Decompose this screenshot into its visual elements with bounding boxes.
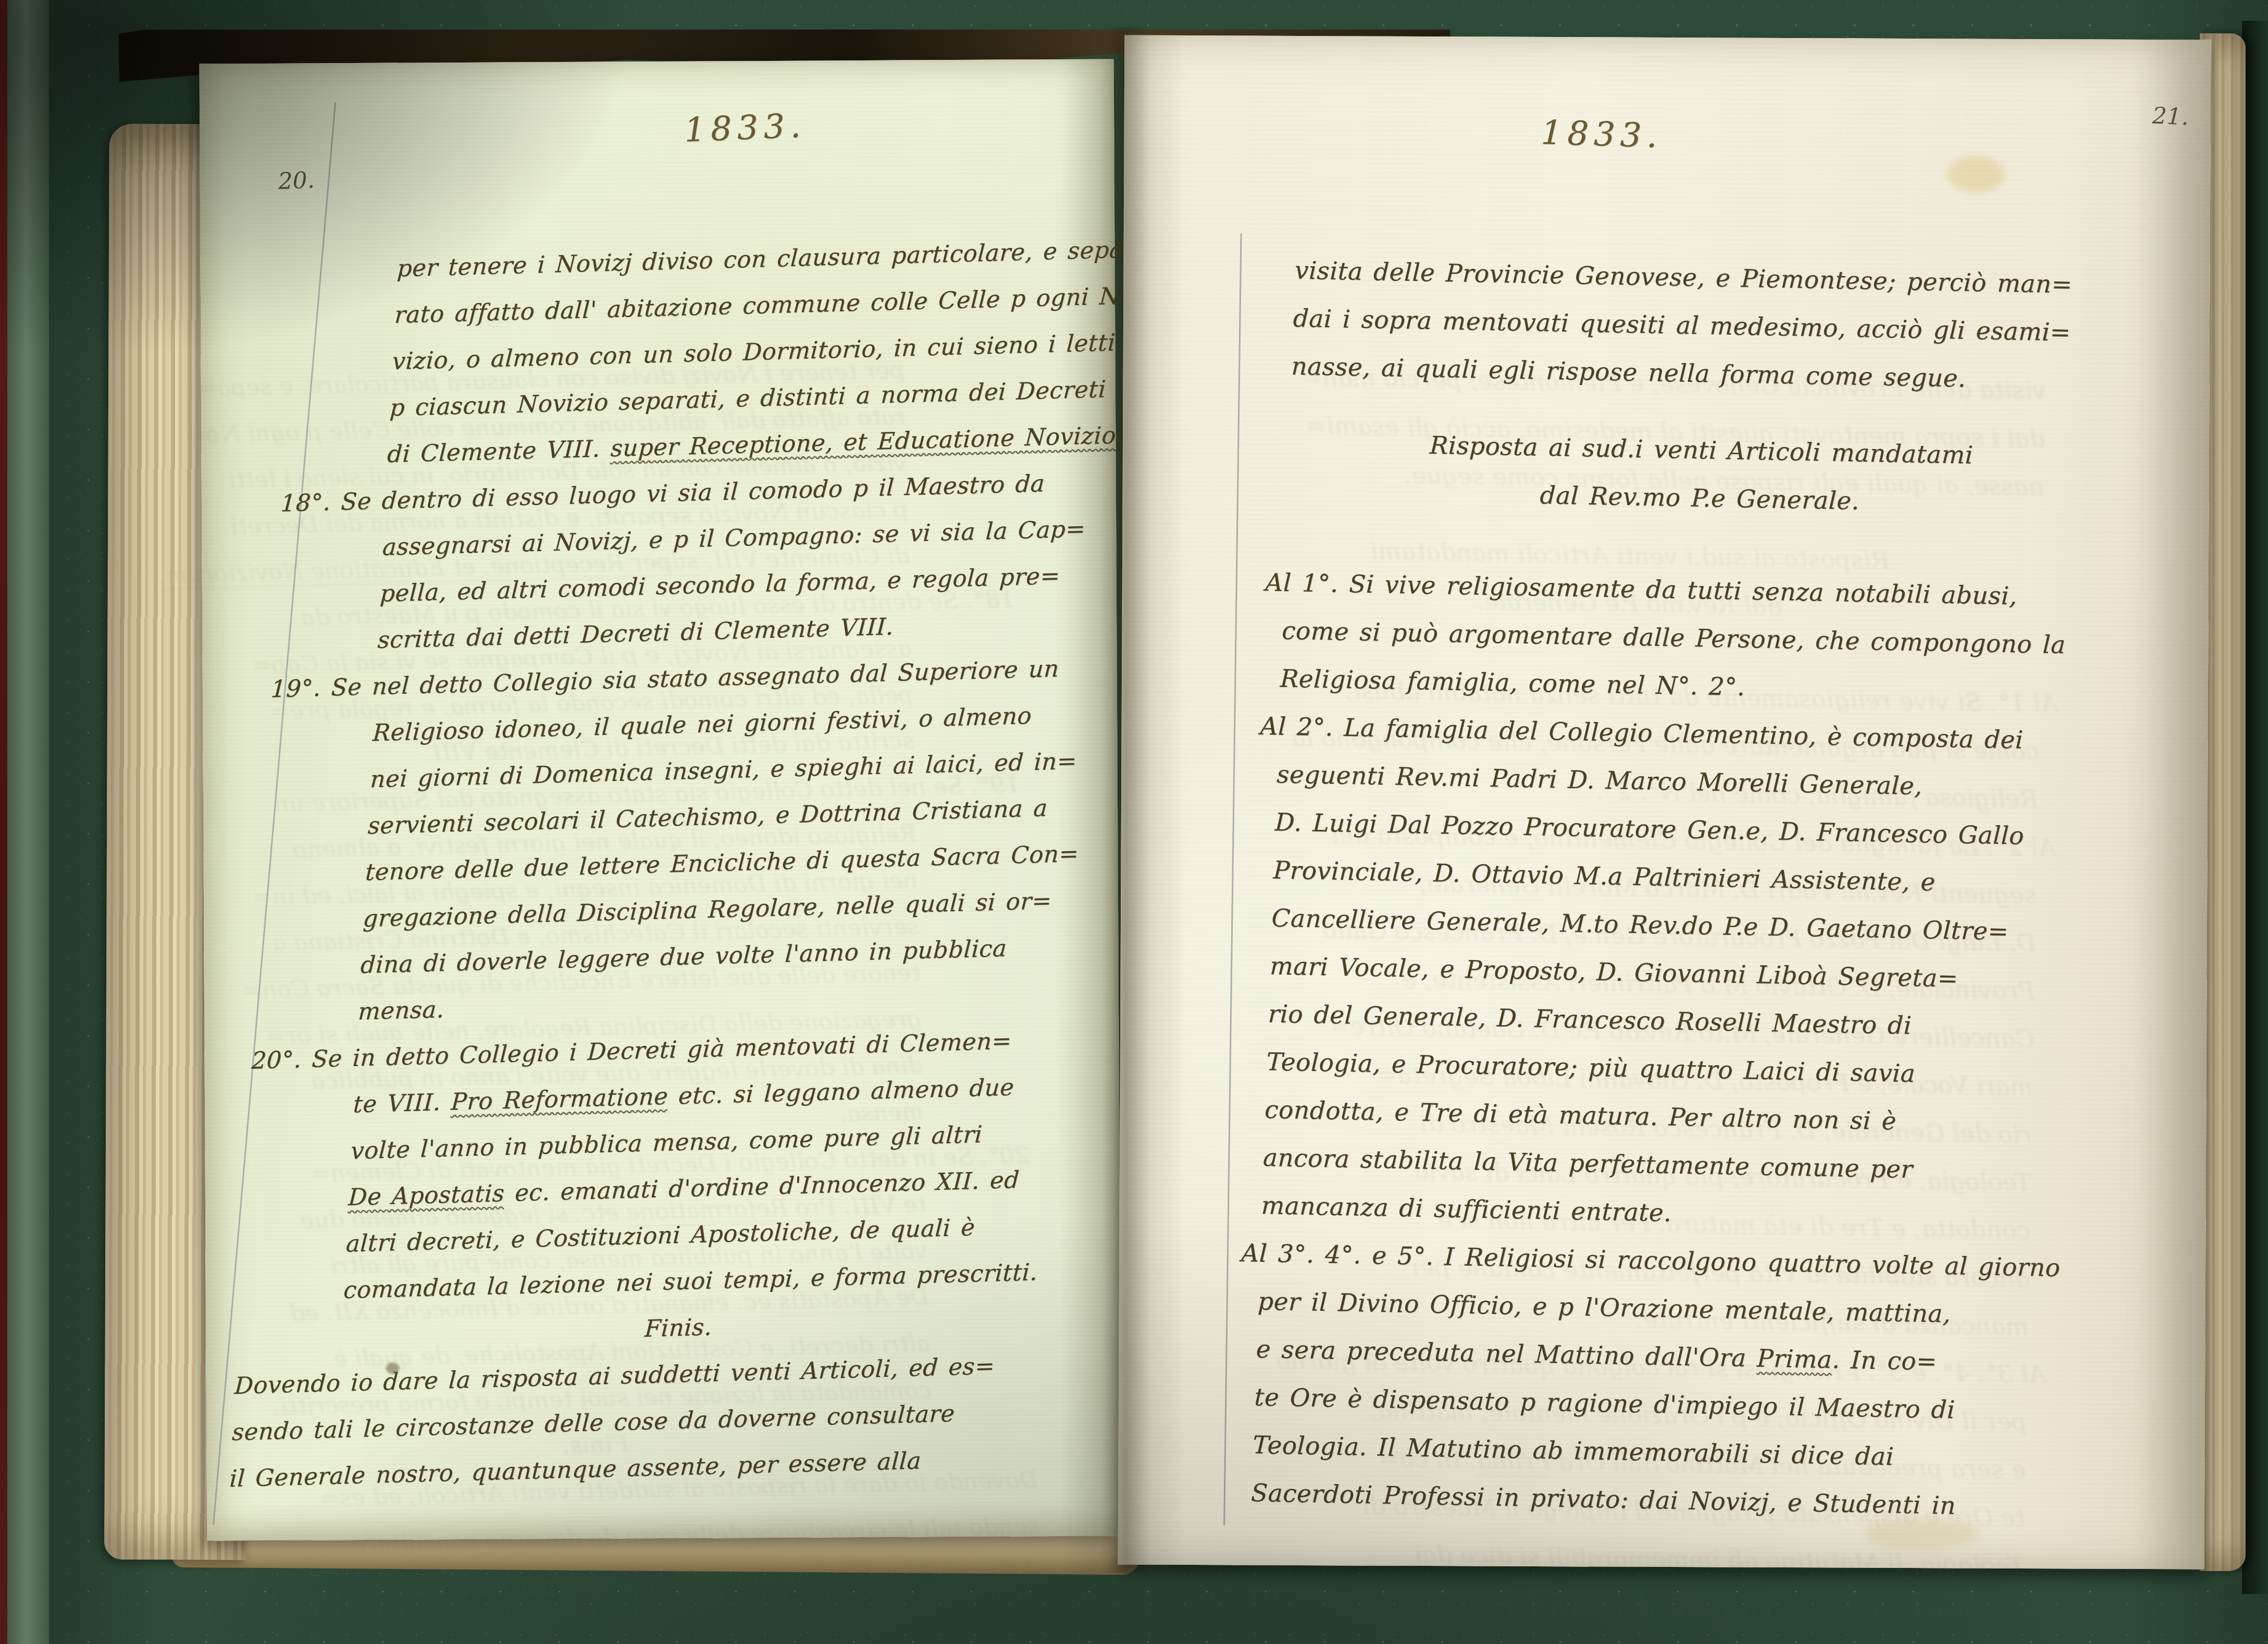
text-segment: ec. emanati d'ordine d'Innocenzo XII. ed bbox=[504, 1166, 1020, 1207]
text-segment: assegnarsi ai Novizj, e p il Compagno: s… bbox=[382, 515, 1086, 561]
underlined-text: Prima bbox=[1756, 1344, 1832, 1374]
text-segment: dina di doverle leggere due volte l'anno… bbox=[360, 934, 1008, 979]
text-segment: nei giorni di Domenica insegni, e spiegh… bbox=[369, 747, 1077, 793]
text-segment: Teologia. Il Matutino ab immemorabili si… bbox=[1414, 1540, 2025, 1580]
year-heading-left: 1833. bbox=[684, 106, 807, 150]
text-segment: gregazione della Disciplina Regolare, ne… bbox=[362, 887, 1052, 932]
text-segment: Teologia. Il Matutino ab immemorabili si… bbox=[1252, 1431, 1894, 1472]
paper-stain bbox=[1947, 156, 2004, 192]
text-segment: te VIII. bbox=[353, 1088, 452, 1118]
manuscript-line: Sacerdoti Professi in privato: dai Noviz… bbox=[1109, 1574, 2024, 1638]
text-segment: te Ore è dispensato p ragione d'impiego … bbox=[1254, 1383, 1956, 1425]
page-number-left: 20. bbox=[278, 167, 315, 195]
text-segment: pella, ed altri comodi secondo la forma,… bbox=[379, 562, 1061, 607]
text-segment: dal Rev.mo P.e Generale. bbox=[1540, 481, 1860, 516]
text-segment: Finis. bbox=[644, 1313, 713, 1342]
text-segment: Al 2°. La famiglia del Collegio Clementi… bbox=[1260, 712, 2024, 755]
text-segment: . In co= bbox=[1831, 1346, 1938, 1376]
text-segment: comandata la lezione nei suoi tempi, e f… bbox=[343, 1258, 1038, 1304]
underlined-text: De Apostatis bbox=[348, 1179, 505, 1211]
text-segment: Teologia, e Procuratore; più quattro Lai… bbox=[1266, 1048, 1916, 1088]
text-segment: Al 3°. 4°. e 5°. I Religiosi si raccolgo… bbox=[1241, 1239, 2061, 1282]
text-segment: per il Divino Officio, e p l'Orazione me… bbox=[1257, 1287, 1951, 1328]
text-segment: etc. si leggano almeno due bbox=[667, 1073, 1015, 1110]
text-segment: servienti secolari il Catechismo, e Dott… bbox=[367, 794, 1048, 839]
right-page: visita delle Provincie Genovese, e Piemo… bbox=[1118, 35, 2211, 1569]
archive-photo-backdrop: { "colors": { "backdrop_green": "#2e4a38… bbox=[0, 0, 2268, 1644]
text-segment: Sacerdoti Professi in privato: dai Noviz… bbox=[1354, 1587, 2024, 1628]
manuscript-text-right: visita delle Provincie Genovese, e Piemo… bbox=[1078, 244, 2210, 1534]
text-segment: nasse, ai quali egli rispose nella forma… bbox=[1291, 352, 1966, 393]
text-segment: Religiosa famiglia, come nel N°. 2°. bbox=[1280, 665, 1745, 702]
photo-left-green-strip bbox=[7, 0, 49, 1644]
text-segment: e sera preceduta nel Mattino dall'Ora bbox=[1256, 1335, 1757, 1373]
text-segment: D. Luigi Dal Pozzo Procuratore Gen.e, D.… bbox=[1274, 808, 2025, 850]
text-segment: volte l'anno in pubblica mensa, come pur… bbox=[350, 1120, 983, 1165]
manuscript-line: Teologia. Il Matutino ab immemorabili si… bbox=[1110, 1526, 2025, 1590]
text-segment: dai i sopra mentovati quesiti al medesim… bbox=[1293, 304, 2072, 347]
text-segment: di Clemente VIII. bbox=[387, 434, 611, 468]
manuscript-text-left: per tenere i Novizj diviso con clausura … bbox=[134, 227, 1114, 1504]
text-segment: mari Vocale, e Proposto, D. Giovanni Lib… bbox=[1269, 952, 1959, 993]
text-segment: Sacerdoti Professi in privato: dai Noviz… bbox=[1250, 1479, 1956, 1521]
underlined-text: super Receptione, et Educatione Novizior… bbox=[610, 420, 1174, 462]
text-segment: Al 1°. Si vive religiosamente da tutti s… bbox=[1265, 568, 2018, 611]
page-number-right: 21. bbox=[2152, 103, 2189, 131]
text-segment: mancanza di sufficienti entrate. bbox=[1261, 1191, 1672, 1227]
underlined-text: Pro Reformatione bbox=[450, 1082, 668, 1116]
year-heading-right: 1833. bbox=[1541, 114, 1663, 156]
text-segment: visita delle Provincie Genovese, e Piemo… bbox=[1294, 256, 2073, 299]
text-segment: Provinciale, D. Ottavio M.a Paltrinieri … bbox=[1273, 856, 1936, 896]
text-segment: ancora stabilita la Vita perfettamente c… bbox=[1262, 1143, 1913, 1184]
manuscript-photo: per tenere i Novizj diviso con clausura … bbox=[0, 0, 2268, 1644]
text-segment: Risposta ai sud.i venti Articoli mandata… bbox=[1429, 431, 1974, 470]
text-segment: come si può argomentare dalle Persone, c… bbox=[1281, 617, 2066, 660]
text-segment: rio del Generale, D. Francesco Roselli M… bbox=[1268, 1000, 1912, 1040]
text-segment: il Generale nostro, quantunque assente, … bbox=[229, 1447, 922, 1492]
text-segment: Religioso idoneo, il quale nei giorni fe… bbox=[372, 702, 1033, 746]
text-segment: Cancelliere Generale, M.to Rev.do P.e D.… bbox=[1271, 904, 2010, 946]
text-segment: mensa. bbox=[357, 995, 445, 1025]
text-segment: altri decreti, e Costituzioni Apostolich… bbox=[345, 1213, 976, 1257]
text-segment: seguenti Rev.mi Padri D. Marco Morelli G… bbox=[1276, 760, 1923, 801]
text-segment: scritta dai detti Decreti di Clemente VI… bbox=[377, 613, 894, 654]
text-segment: condotta, e Tre di età matura. Per altro… bbox=[1264, 1095, 1897, 1136]
left-page: per tenere i Novizj diviso con clausura … bbox=[200, 59, 1122, 1540]
book-cover-right-edge bbox=[2242, 21, 2268, 1594]
